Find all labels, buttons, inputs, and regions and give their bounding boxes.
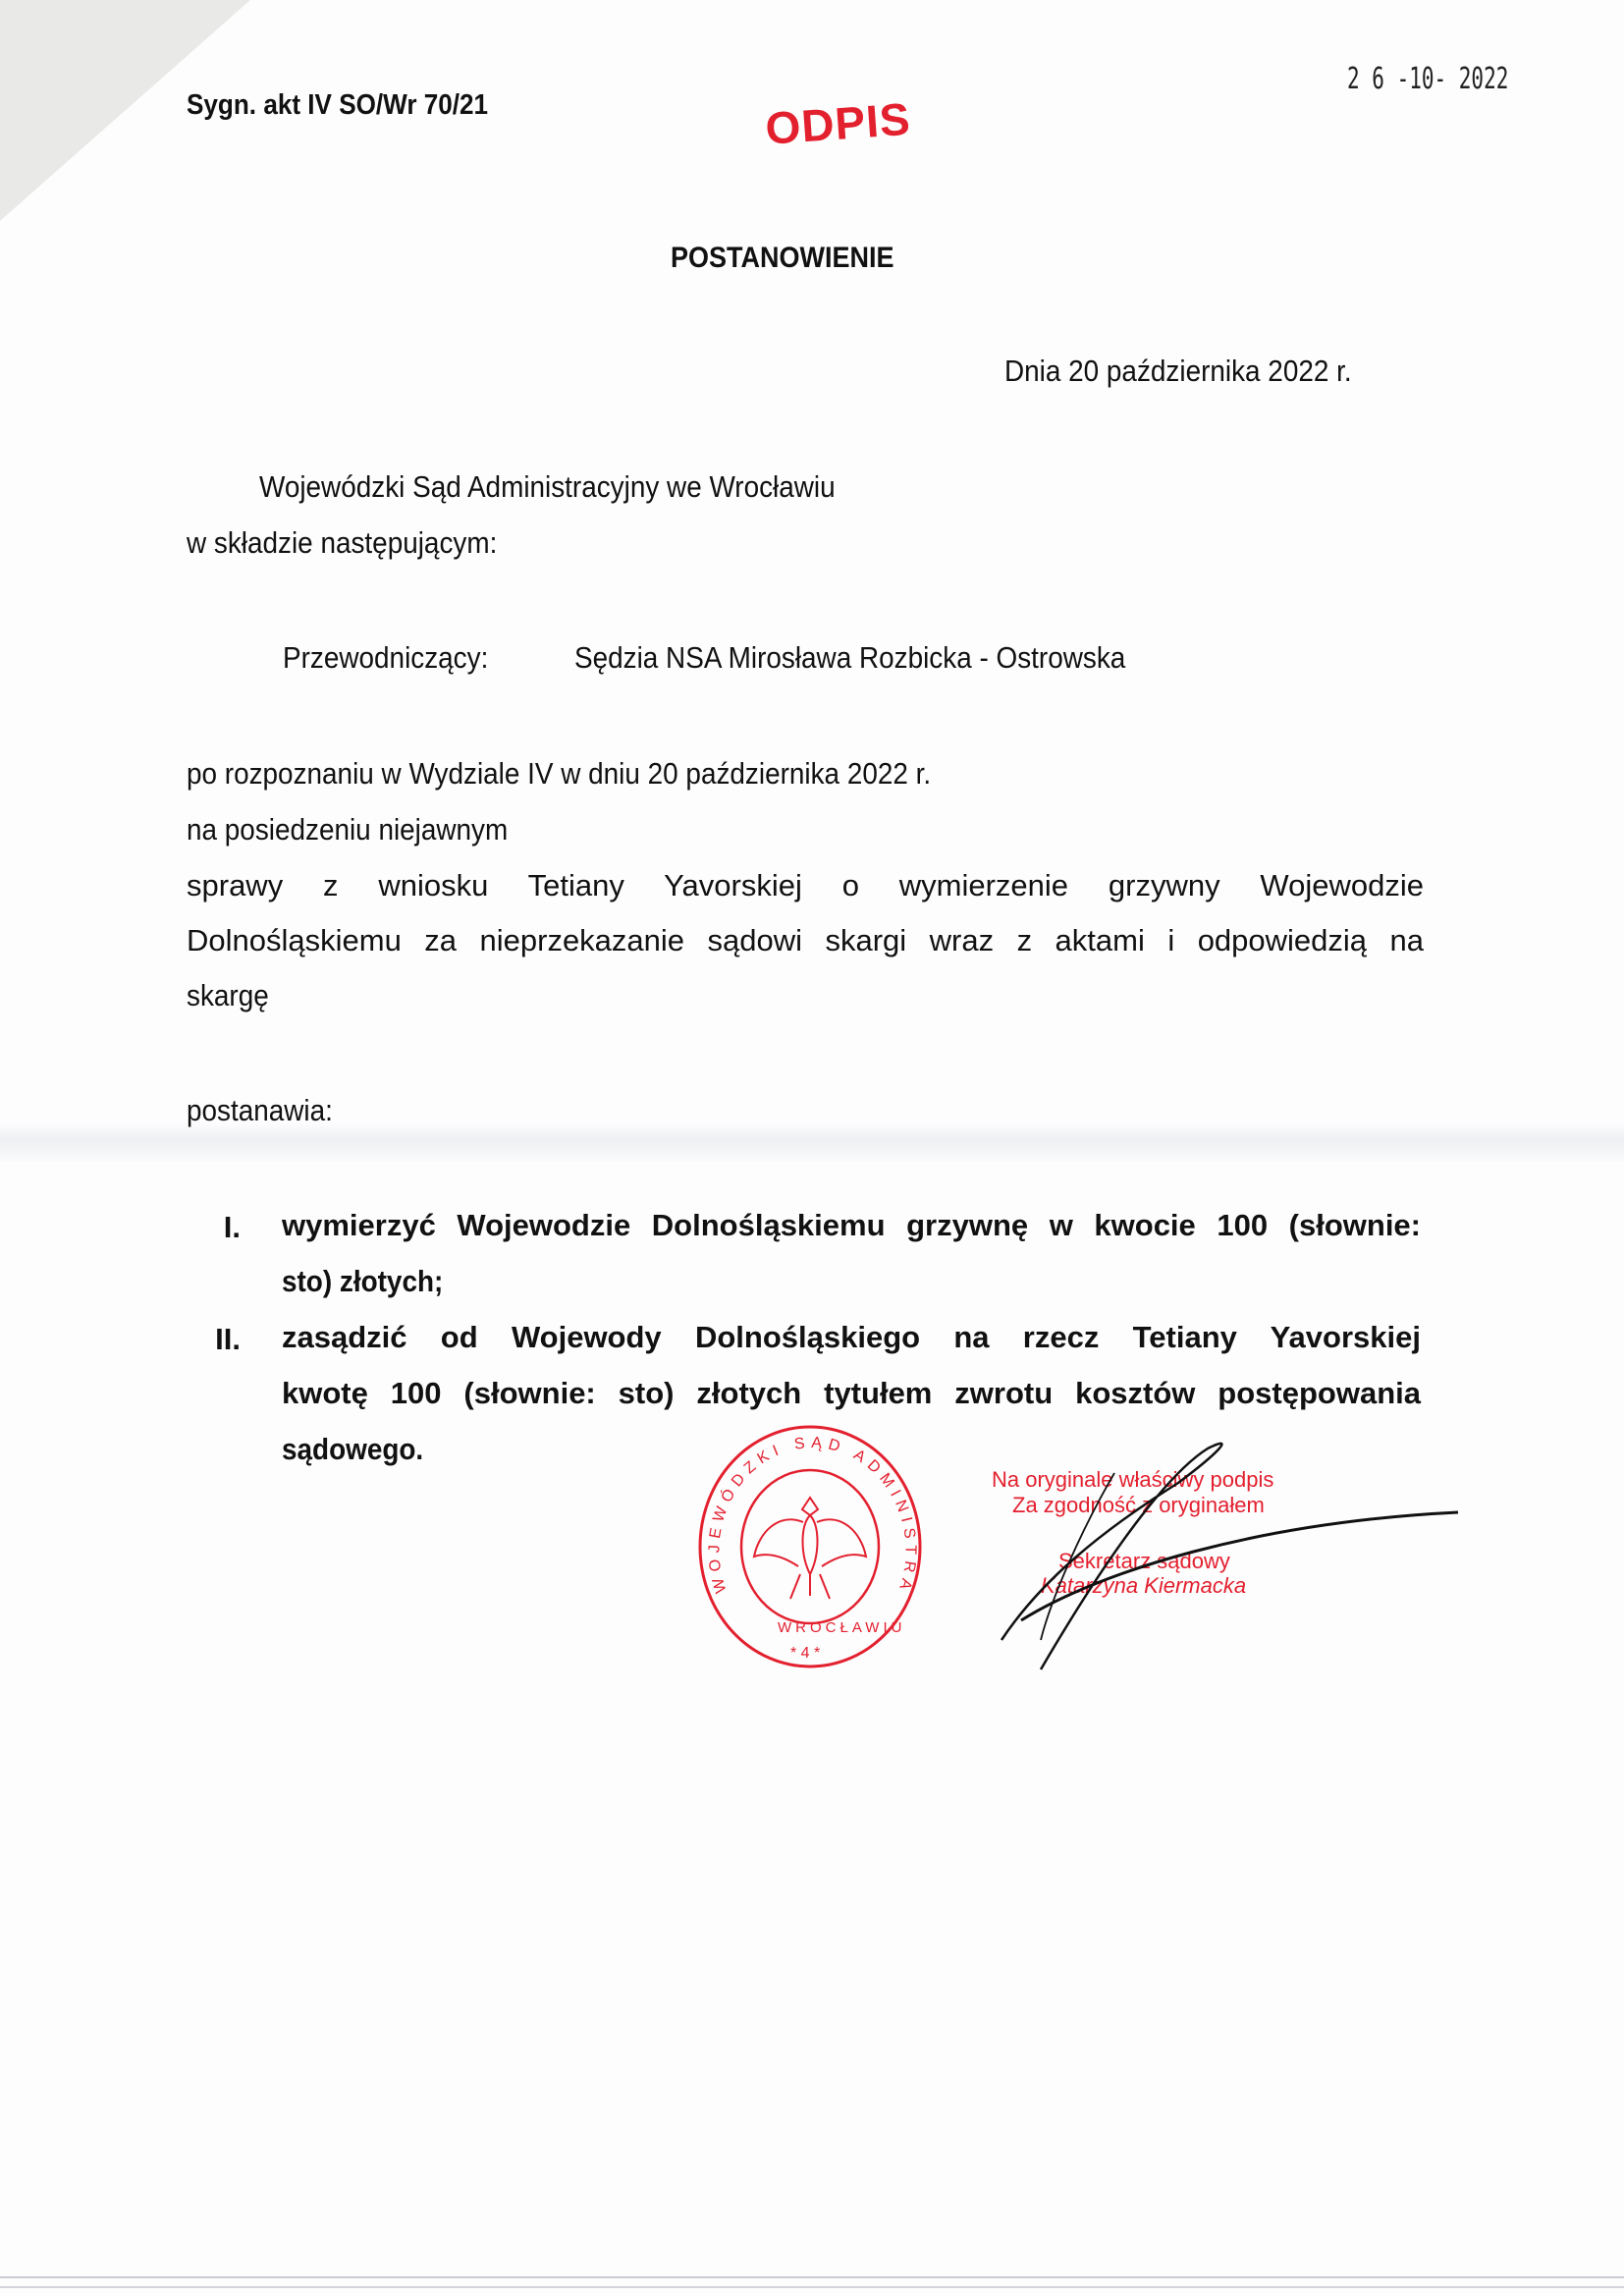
chair-name: Sędzia NSA Mirosława Rozbicka - Ostrowsk… [574,642,1125,673]
decides-label: postanawia: [187,1095,333,1125]
paper-fold-shadow [0,1122,1624,1162]
court-composition: w składzie następującym: [187,527,497,558]
svg-text:* 4 *: * 4 * [790,1645,820,1662]
ruling-text: sto) złotych; [282,1266,443,1296]
date-line: Dnia 20 października 2022 r. [1004,355,1352,386]
ruling-number: II. [172,1322,241,1357]
ruling-number: I. [172,1210,241,1245]
ruling-text: sądowego. [282,1434,423,1464]
svg-text:WROCŁAWIU: WROCŁAWIU [778,1619,905,1636]
case-description-line: Dolnośląskiemu za nieprzekazanie sądowi … [187,925,1424,956]
ruling-text: zasądzić od Wojewody Dolnośląskiego na r… [282,1322,1421,1352]
received-date-stamp: 2 6 -10- 2022 [1347,65,1508,94]
scan-bottom-edge [0,2276,1624,2288]
chair-label: Przewodniczący: [283,642,488,673]
signature-icon [982,1414,1473,1689]
court-seal-icon: WOJEWÓDZKI SĄD ADMINISTRACYJNY WROCŁAWIU… [687,1414,933,1679]
session-type: na posiedzeniu niejawnym [187,814,508,845]
court-name: Wojewódzki Sąd Administracyjny we Wrocła… [259,471,836,502]
case-description-line: sprawy z wniosku Tetiany Yavorskiej o wy… [187,870,1424,901]
hearing-line: po rozpoznaniu w Wydziale IV w dniu 20 p… [187,758,931,789]
case-number: Sygn. akt IV SO/Wr 70/21 [187,91,488,120]
case-description-line: skargę [187,980,269,1011]
svg-text:WOJEWÓDZKI SĄD ADMINISTRACYJNY: WOJEWÓDZKI SĄD ADMINISTRACYJNY [687,1414,919,1597]
ruling-text: kwotę 100 (słownie: sto) złotych tytułem… [282,1378,1421,1408]
document-title: POSTANOWIENIE [671,244,894,273]
copy-stamp: ODPIS [764,96,912,151]
ruling-text: wymierzyć Wojewodzie Dolnośląskiemu grzy… [282,1210,1421,1240]
